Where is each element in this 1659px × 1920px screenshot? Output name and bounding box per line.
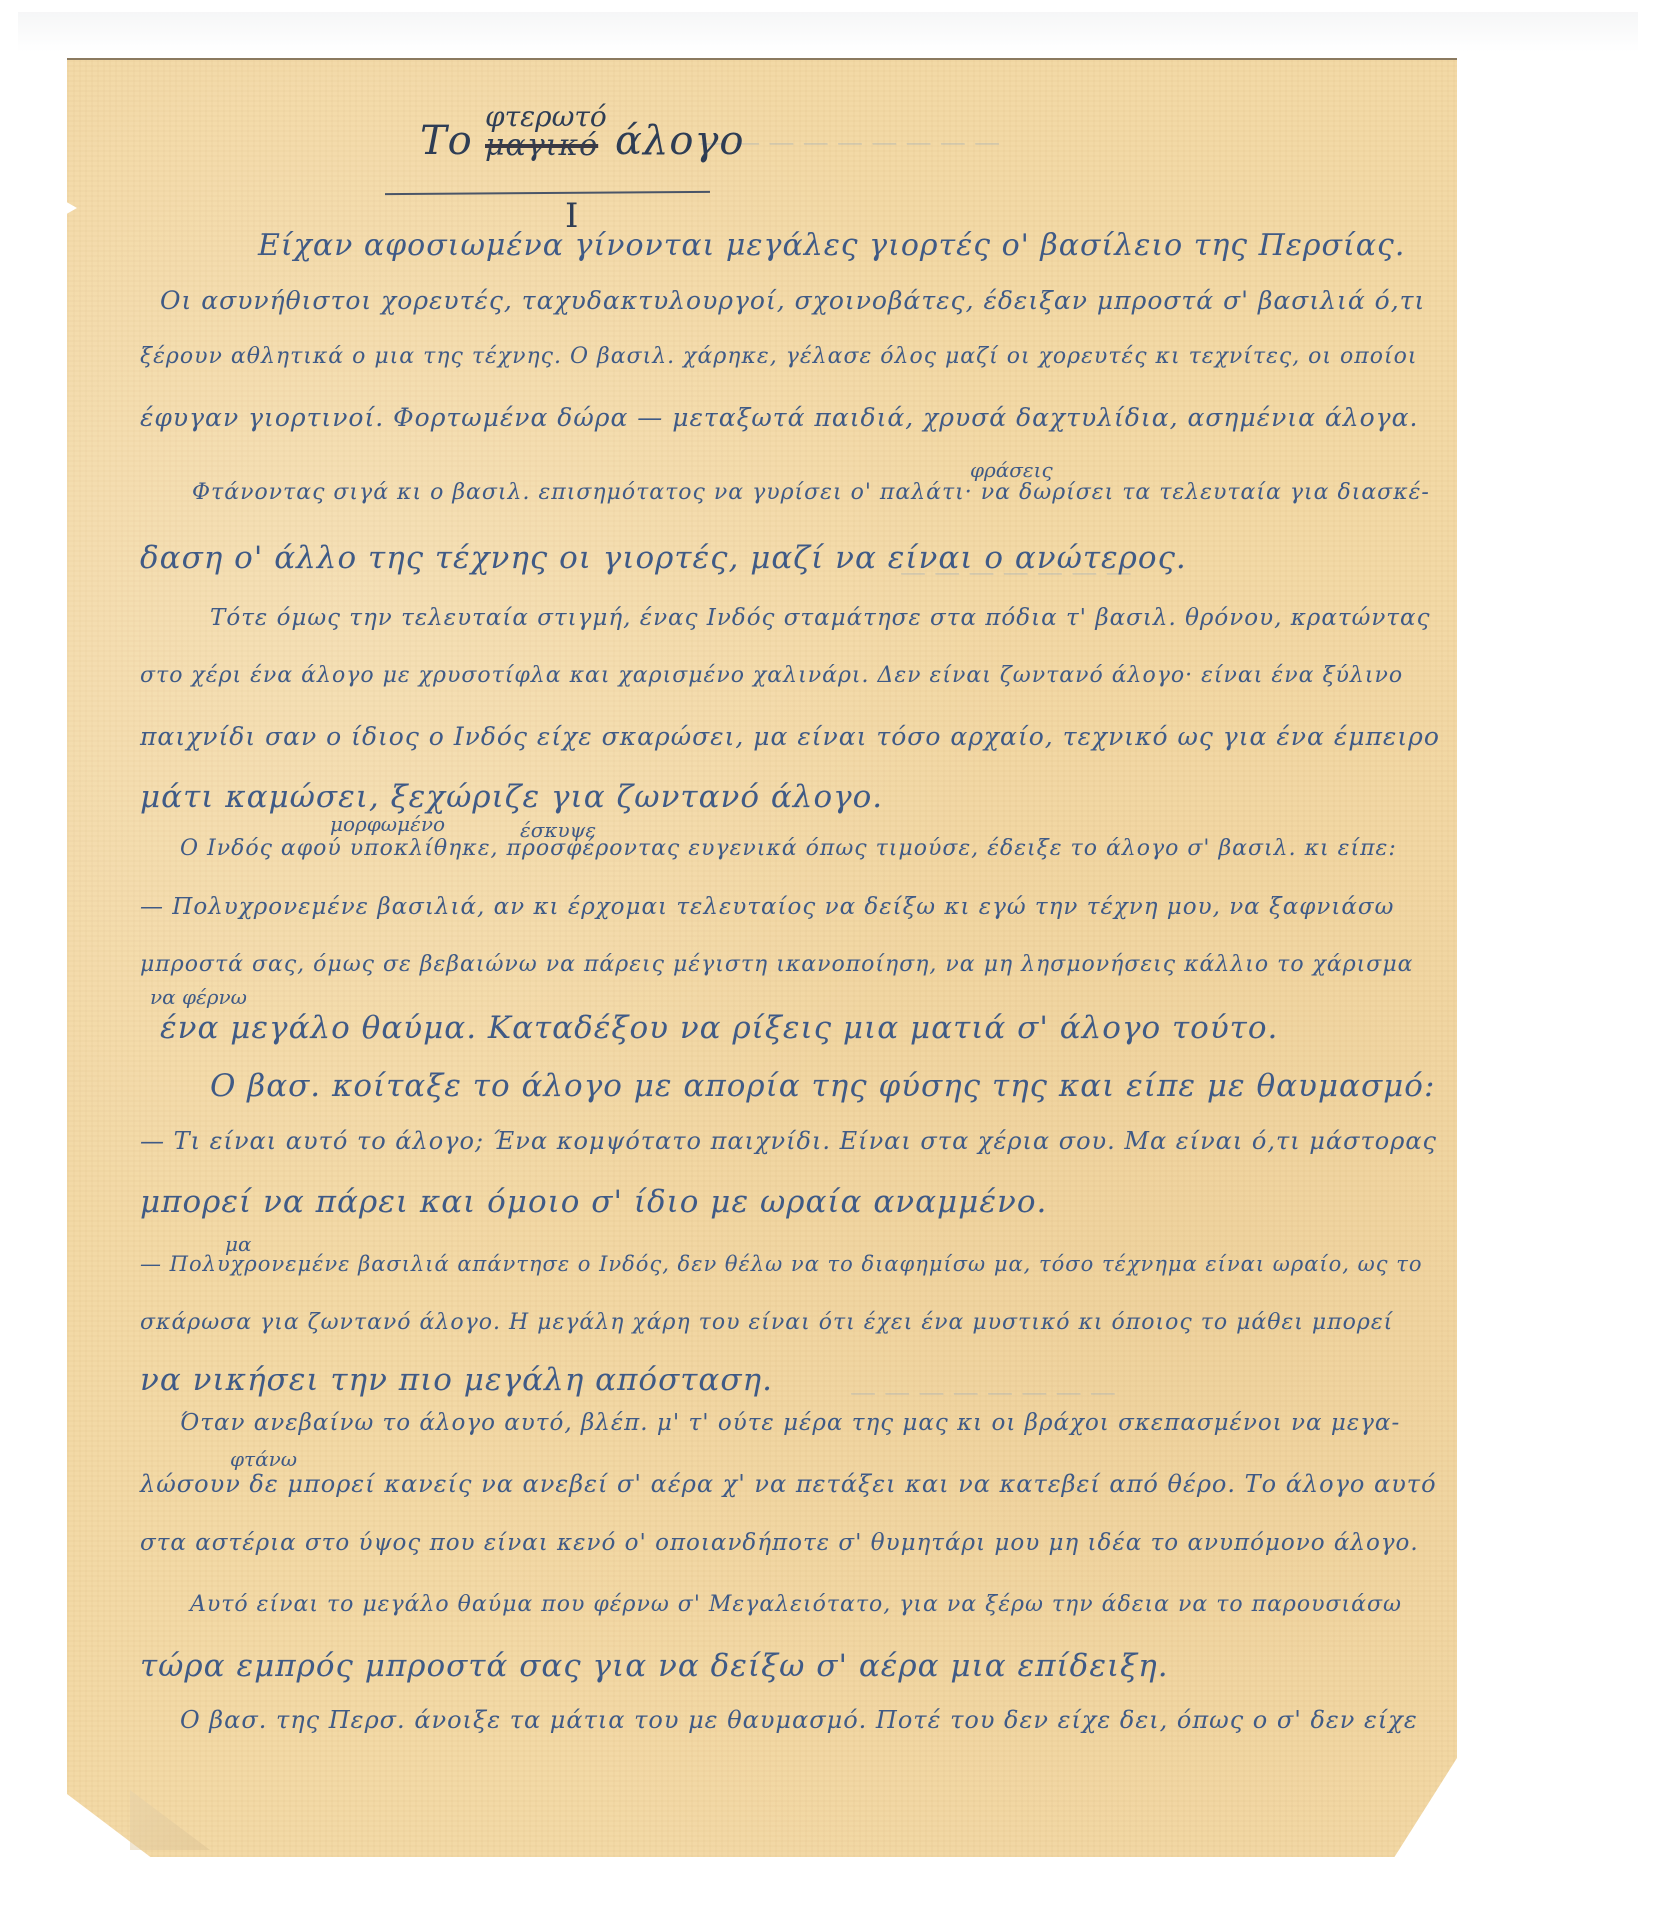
manuscript-line: ένα μεγάλο θαύμα. Καταδέξου να ρίξεις μι… (160, 1010, 1278, 1046)
manuscript-line: μπορεί να πάρει και όμοιο σ' ίδιο με ωρα… (140, 1184, 1047, 1220)
manuscript-line: Φτάνοντας σιγά κι ο βασιλ. επισημότατος … (192, 480, 1430, 505)
title-underline (385, 191, 710, 195)
manuscript-line: Τότε όμως την τελευταία στιγμή, ένας Ινδ… (210, 605, 1430, 631)
manuscript-line: Οι ασυνήθιστοι χορευτές, ταχυδακτυλουργο… (160, 286, 1425, 315)
manuscript-line: τώρα εμπρός μπροστά σας για να δείξω σ' … (140, 1648, 1169, 1684)
title-struck-word: μαγικό (485, 128, 598, 163)
manuscript-line: — Πολυχρονεμένε βασιλιά απάντησε ο Ινδός… (140, 1252, 1422, 1276)
manuscript-line: να νικήσει την πιο μεγάλη απόσταση. (140, 1362, 773, 1398)
manuscript-line: Όταν ανεβαίνω το άλογο αυτό, βλέπ. μ' τ'… (180, 1410, 1400, 1436)
manuscript-line: Ο βασ. κοίταξε το άλογο με απορία της φύ… (210, 1068, 1435, 1104)
manuscript-line: σκάρωσα για ζωντανό άλογο. Η μεγάλη χάρη… (140, 1310, 1393, 1335)
insertion: φτάνω (230, 1447, 297, 1471)
manuscript-line: λώσουν δε μπορεί κανείς να ανεβεί σ' αέρ… (140, 1470, 1437, 1498)
manuscript-line: παιχνίδι σαν ο ίδιος ο Ινδός είχε σκαρώσ… (140, 722, 1440, 751)
manuscript-line: ξέρουν αθλητικά ο μια της τέχνης. Ο βασι… (140, 344, 1418, 369)
manuscript-line: μάτι καμώσει, ξεχώριζε για ζωντανό άλογο… (140, 779, 883, 815)
manuscript-line: Αυτό είναι το μεγάλο θαύμα που φέρνω σ' … (190, 1592, 1402, 1617)
manuscript-line: Ο Ινδός αφού υποκλίθηκε, προσφέροντας ευ… (180, 836, 1397, 861)
title-noun: άλογο (615, 118, 744, 164)
manuscript-line: δαση ο' άλλο της τέχνης οι γιορτές, μαζί… (140, 540, 1187, 576)
manuscript-line: Ο βασ. της Περσ. άνοιξε τα μάτια του με … (180, 1706, 1418, 1734)
manuscript-line: μπροστά σας, όμως σε βεβαιώνω να πάρεις … (140, 952, 1413, 977)
manuscript-line: στα αστέρια στο ύψος που είναι κενό ο' ο… (140, 1530, 1419, 1556)
title-prefix: Το (420, 118, 473, 164)
manuscript-line: — Τι είναι αυτό το άλογο; Ένα κομψότατο … (140, 1127, 1437, 1155)
manuscript-line: — Πολυχρονεμένε βασιλιά, αν κι έρχομαι τ… (140, 894, 1394, 920)
insertion: μορφωμένο (330, 812, 445, 836)
insertion: να φέρνω (150, 985, 247, 1009)
manuscript-line: έφυγαν γιορτινοί. Φορτωμένα δώρα — μεταξ… (140, 403, 1418, 432)
manuscript-text: Το φτερωτό μαγικό άλογο I Είχαν αφοσιωμέ… (0, 0, 1659, 1920)
manuscript-line: στο χέρι ένα άλογο με χρυσοτίφλα και χαρ… (140, 663, 1403, 688)
insertion: φράσεις (970, 458, 1053, 482)
manuscript-line: Είχαν αφοσιωμένα γίνονται μεγάλες γιορτέ… (258, 228, 1405, 263)
